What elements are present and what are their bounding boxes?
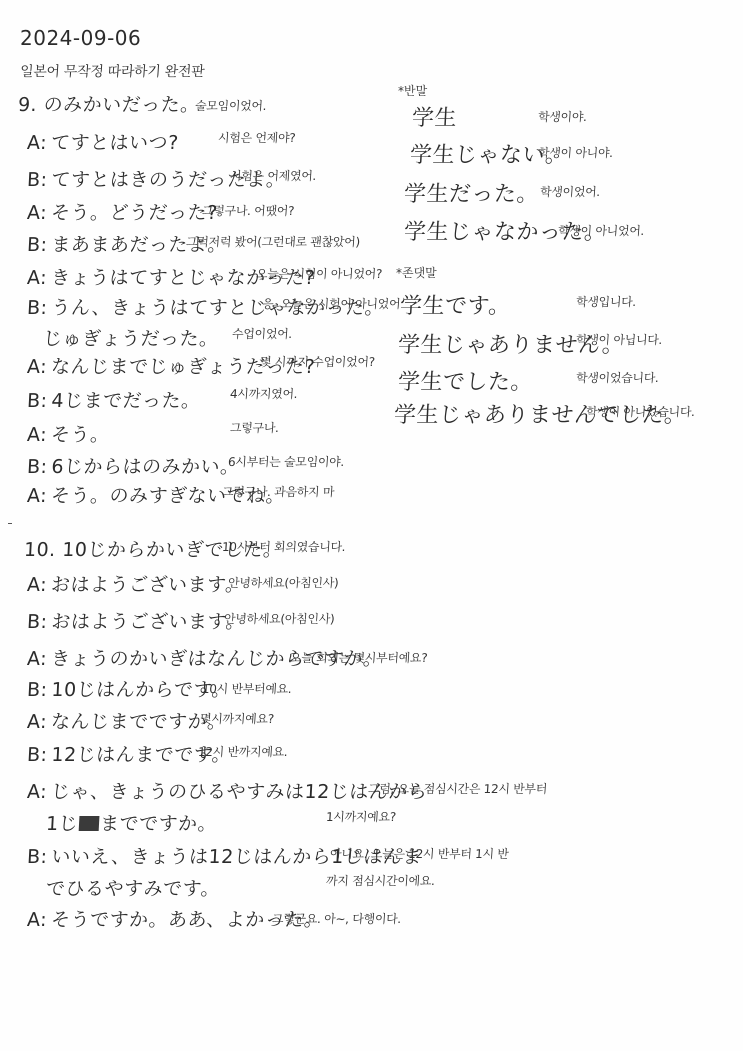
dialogue-translation: 1시까지예요? (326, 811, 397, 823)
dialogue-translation: 그럭저럭 봤어(그런대로 괜찮았어) (186, 236, 361, 248)
dialogue-translation: 그렇구나. (230, 422, 280, 434)
grammar-casual-translation: 학생이 아니었어. (558, 225, 645, 237)
dialogue-translation: 6시부터는 술모임이야. (228, 456, 345, 468)
dialogue-translation: 그렇군요. 아~, 다행이다. (272, 913, 402, 925)
grammar-casual-translation: 학생이 아니야. (538, 147, 614, 159)
dialogue-line: A:なんじまでですか。 (27, 713, 228, 732)
dialogue-translation: 몇 시까지 수업이었어? (260, 356, 376, 368)
dialogue-translation: 12시 반까지예요. (198, 746, 288, 758)
dialogue-translation: 오늘 회의는 몇시부터예요? (290, 652, 428, 664)
dialogue-line: じゅぎょうだった。 (43, 330, 220, 349)
dialogue-line: B:4じまでだった。 (27, 392, 202, 411)
dialogue-line: でひるやすみです。 (46, 880, 221, 899)
dialogue-translation: 안녕하세요(아침인사) (224, 613, 335, 625)
dialogue-translation: 4시까지였어. (230, 388, 298, 400)
dialogue-translation: 그렇구나. 과음하지 마 (222, 486, 335, 498)
margin-mark (8, 523, 12, 524)
note-date: 2024-09-06 (20, 28, 141, 48)
dialogue-line: A:てすとはいつ? (27, 134, 180, 153)
dialogue-line: 1じまでですか。 (46, 815, 218, 834)
dialogue-translation: 시험은 언제야? (218, 132, 296, 144)
dialogue-translation: 응. 오늘은 시험이 아니었어 (262, 298, 401, 310)
grammar-polite-row: 学生でした。 (397, 372, 533, 394)
grammar-casual-row: 学生だった。 (403, 184, 539, 206)
dialogue-translation: 까지 점심시간이에요. (326, 875, 436, 887)
dialogue-translation: 수업이었어. (232, 328, 293, 340)
dialogue-translation: 그럼, 오늘 점심시간은 12시 반부터 (368, 783, 548, 795)
grammar-casual-translation: 학생이야. (538, 111, 588, 123)
dialogue-translation: 안녕하세요(아침인사) (228, 577, 339, 589)
grammar-polite-translation: 학생이 아닙니다. (576, 334, 663, 346)
scribbled-out-text (79, 816, 100, 831)
dialogue-translation: 그렇구나. 어땠어? (202, 205, 295, 217)
dialogue-translation: 아니요. 오늘은 12시 반부터 1시 반 (330, 848, 509, 860)
dialogue-translation: 10시 반부터예요. (202, 683, 292, 695)
grammar-polite-row: 学生です。 (399, 296, 511, 318)
polite-speech-label: *존댓말 (396, 267, 437, 279)
section-10-title-translation: 10시부터 회의였습니다. (222, 541, 346, 553)
notebook-page: 2024-09-06 일본어 무작정 따라하기 완전판 9. のみかいだった。 … (0, 0, 743, 1051)
dialogue-line: B:10じはんからです。 (27, 681, 232, 700)
dialogue-translation: 시험은 어제였어. (230, 170, 317, 182)
grammar-polite-translation: 학생이 아니었습니다. (586, 406, 696, 418)
dialogue-line: A:そう。どうだった? (27, 204, 219, 223)
section-9-title: 9. のみかいだった。 (18, 96, 201, 115)
dialogue-translation: 오늘은 시험이 아니었어? (256, 268, 383, 280)
grammar-polite-translation: 학생이었습니다. (576, 372, 659, 384)
grammar-casual-translation: 학생이었어. (540, 186, 601, 198)
grammar-casual-row: 学生 (411, 108, 457, 130)
dialogue-line: A:そう。 (27, 426, 111, 445)
dialogue-line: B:6じからはのみかい。 (27, 458, 241, 477)
section-9-title-translation: 술모임이었어. (195, 100, 267, 112)
grammar-polite-translation: 학생입니다. (576, 296, 637, 308)
dialogue-translation: 몇시까지예요? (200, 713, 275, 725)
dialogue-line: B:おはようございます。 (27, 613, 246, 632)
dialogue-line: A:おはようございます。 (27, 576, 246, 595)
note-subtitle: 일본어 무작정 따라하기 완전판 (20, 65, 205, 79)
casual-speech-label: *반말 (398, 85, 427, 97)
